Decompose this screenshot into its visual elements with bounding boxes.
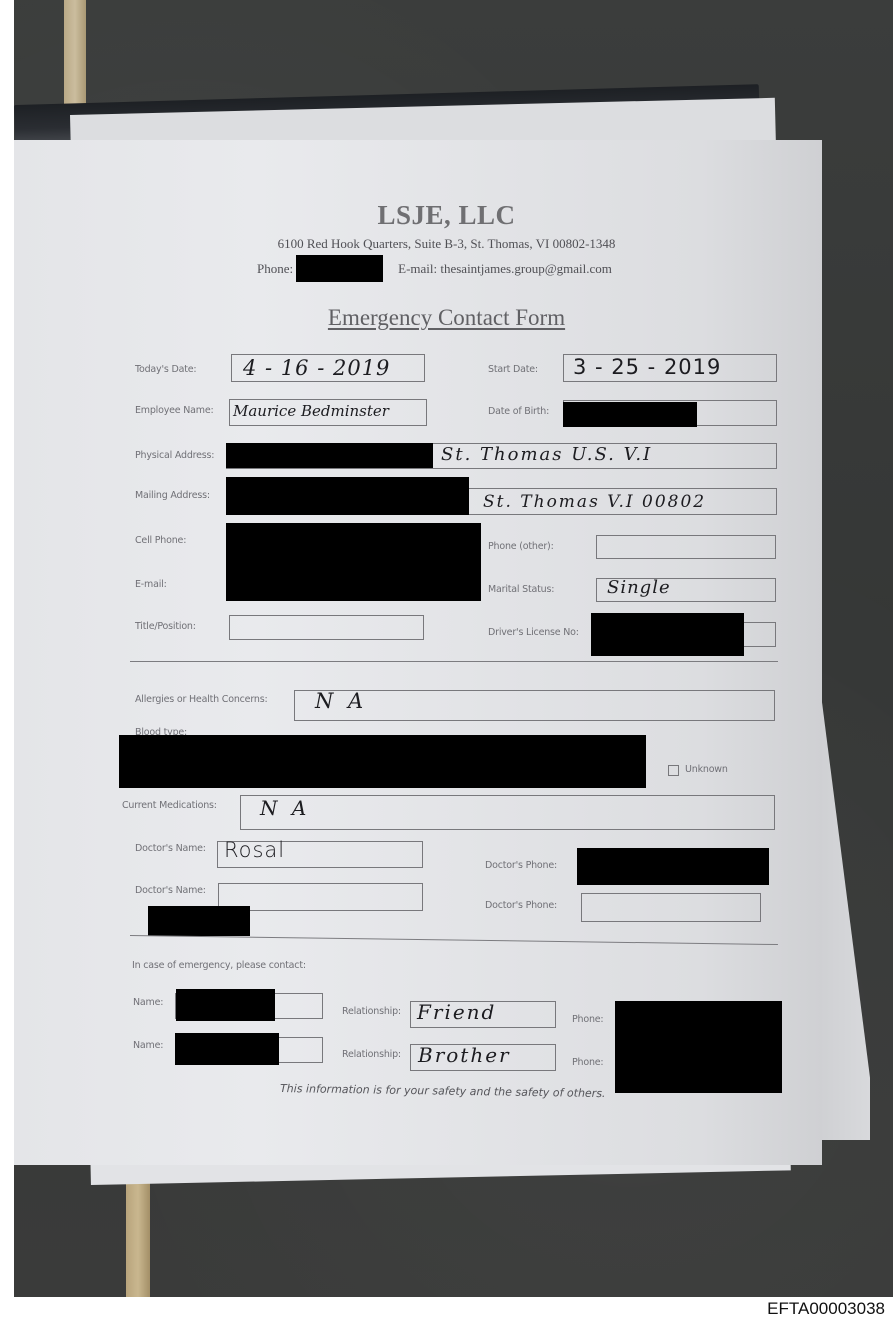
contact-phone-label-1: Phone: [572, 1014, 603, 1025]
mailing-address-label: Mailing Address: [135, 490, 210, 501]
date-of-birth-redaction [563, 402, 697, 427]
email-label: E-mail: [135, 579, 167, 590]
unknown-checkbox[interactable] [668, 765, 679, 776]
doctor-phone-label-2: Doctor's Phone: [485, 900, 557, 911]
blood-type-redaction [119, 735, 646, 788]
medications-field[interactable] [240, 795, 775, 830]
relationship-value-1: Friend [417, 1000, 496, 1024]
form-title: Emergency Contact Form [0, 305, 893, 331]
medications-label: Current Medications: [122, 800, 217, 811]
cell-phone-email-redaction [226, 523, 481, 601]
title-position-field[interactable] [229, 615, 424, 640]
doctor-name-label-2: Doctor's Name: [135, 885, 206, 896]
marital-status-label: Marital Status: [488, 584, 554, 595]
title-position-label: Title/Position: [135, 621, 196, 632]
document-id: EFTA00003038 [767, 1299, 885, 1319]
medications-value: N A [260, 796, 310, 820]
company-address: 6100 Red Hook Quarters, Suite B-3, St. T… [0, 236, 893, 252]
mailing-address-value: St. Thomas V.I 00802 [483, 492, 706, 512]
drivers-license-redaction [591, 613, 744, 656]
date-of-birth-label: Date of Birth: [488, 406, 549, 417]
drivers-license-label: Driver's License No: [488, 627, 579, 638]
emergency-intro: In case of emergency, please contact: [132, 960, 306, 971]
contact-phone-redaction [615, 1001, 782, 1093]
company-phone-label: Phone: [257, 261, 293, 277]
physical-address-redaction [226, 443, 433, 468]
contact-name-label-2: Name: [133, 1040, 163, 1051]
doctor-name-value-1: Rosal [224, 838, 285, 862]
relationship-label-1: Relationship: [342, 1006, 401, 1017]
contact-name-redaction-2 [175, 1033, 279, 1065]
doctor-phone-field-2[interactable] [581, 893, 761, 922]
company-name: LSJE, LLC [0, 200, 893, 231]
allergies-label: Allergies or Health Concerns: [135, 694, 267, 705]
redaction-block [296, 255, 383, 282]
unknown-label: Unknown [685, 764, 728, 775]
cell-phone-label: Cell Phone: [135, 535, 186, 546]
todays-date-label: Today's Date: [135, 364, 196, 375]
company-email: E-mail: thesaintjames.group@gmail.com [398, 261, 612, 277]
doctor-phone-label-1: Doctor's Phone: [485, 860, 557, 871]
doctor-name-label-1: Doctor's Name: [135, 843, 206, 854]
employee-name-label: Employee Name: [135, 405, 214, 416]
contact-name-label-1: Name: [133, 997, 163, 1008]
relationship-value-2: Brother [418, 1043, 511, 1067]
contact-phone-label-2: Phone: [572, 1057, 603, 1068]
allergies-value: N A [315, 689, 367, 713]
marital-status-value: Single [607, 577, 671, 598]
mailing-address-redaction [226, 477, 469, 515]
phone-other-field[interactable] [596, 535, 776, 559]
employee-name-value: Maurice Bedminster [233, 402, 389, 420]
company-contact: Phone: E-mail: thesaintjames.group@gmail… [257, 255, 612, 282]
relationship-label-2: Relationship: [342, 1049, 401, 1060]
contact-name-redaction-1 [176, 989, 275, 1021]
section-divider [130, 661, 778, 662]
wood-strip [126, 1180, 150, 1297]
start-date-value: 3 - 25 - 2019 [573, 355, 721, 379]
physical-address-value: St. Thomas U.S. V.I [441, 444, 652, 465]
redaction-block [148, 906, 250, 936]
physical-address-label: Physical Address: [135, 450, 214, 461]
todays-date-value: 4 - 16 - 2019 [243, 356, 390, 380]
start-date-label: Start Date: [488, 364, 538, 375]
phone-other-label: Phone (other): [488, 541, 554, 552]
doctor-phone-redaction-1 [577, 848, 769, 885]
